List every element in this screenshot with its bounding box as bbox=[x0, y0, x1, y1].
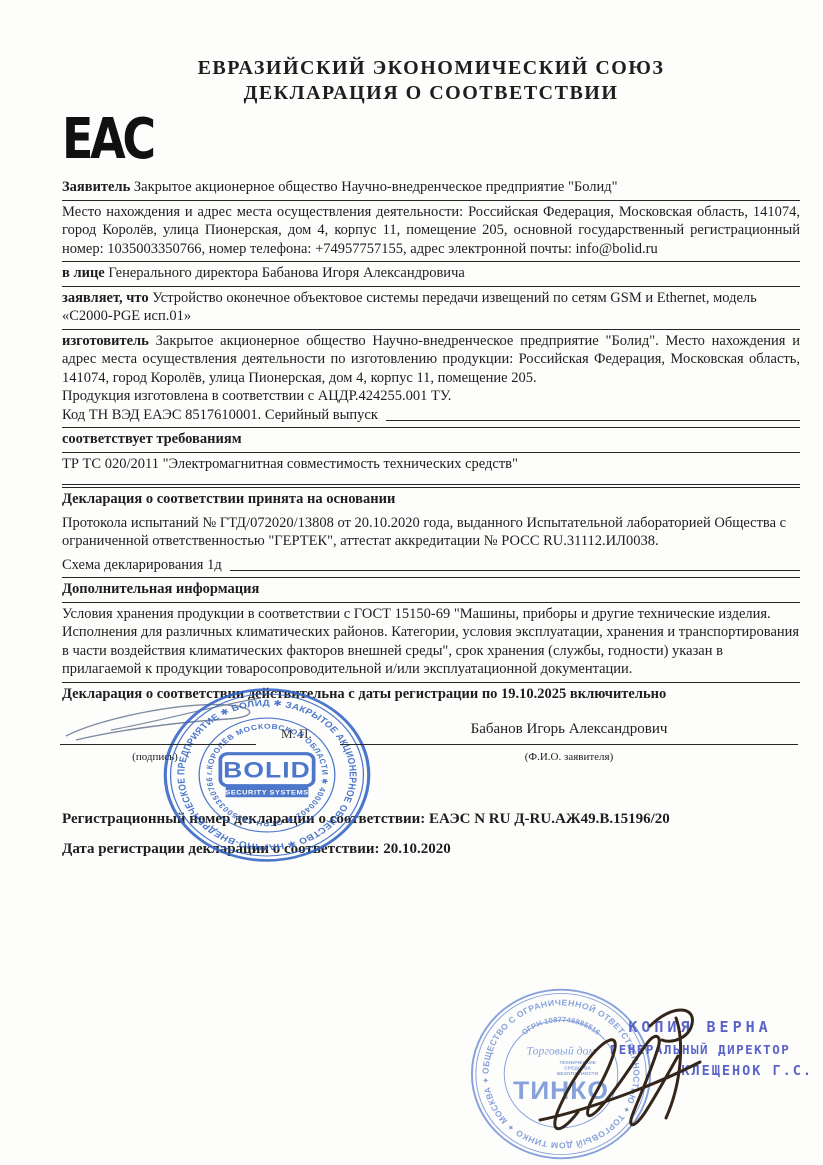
registration-number-label: Регистрационный номер декларации о соотв… bbox=[62, 811, 425, 827]
manufacturer-label: изготовитель bbox=[62, 333, 149, 349]
declares-row: заявляет, что Устройство оконечное объек… bbox=[62, 287, 800, 330]
tinko-logo-text: ТИНКО bbox=[513, 1078, 609, 1105]
complies-heading: соответствует требованиям bbox=[62, 431, 242, 447]
bolid-logo-subtext: SECURITY SYSTEMS bbox=[225, 790, 308, 796]
basis-heading-row: Декларация о соответствии принята на осн… bbox=[62, 488, 800, 512]
address-row: Место нахождения и адрес места осуществл… bbox=[62, 201, 800, 263]
applicant-row: Заявитель Закрытое акционерное общество … bbox=[62, 176, 800, 201]
applicant-text: Закрытое акционерное общество Научно-вне… bbox=[134, 179, 618, 195]
eac-mark-icon: ЕАС bbox=[62, 112, 153, 168]
stamp-place-mark: М. П. bbox=[281, 725, 312, 744]
made-according-text: Продукция изготовлена в соответствии с А… bbox=[62, 387, 800, 406]
registration-date-value: 20.10.2020 bbox=[383, 841, 451, 857]
scheme-row: Схема декларирования 1д bbox=[62, 554, 800, 579]
copy-stamp-line1: КОПИЯ ВЕРНА bbox=[575, 1018, 823, 1037]
declaration-document: ЕВРАЗИЙСКИЙ ЭКОНОМИЧЕСКИЙ СОЮЗ ДЕКЛАРАЦИ… bbox=[0, 0, 823, 1165]
basis-text: Протокола испытаний № ГТД/072020/13808 о… bbox=[62, 515, 786, 550]
complies-text-row: ТР ТС 020/2011 "Электромагнитная совмест… bbox=[62, 453, 800, 489]
applicant-name: Бабанов Игорь Александрович bbox=[340, 720, 798, 739]
manufacturer-text: Закрытое акционерное общество Научно-вне… bbox=[62, 333, 800, 386]
additional-text: Условия хранения продукции в соответстви… bbox=[62, 606, 799, 678]
additional-heading: Дополнительная информация bbox=[62, 581, 259, 597]
applicant-label: Заявитель bbox=[62, 179, 130, 195]
complies-heading-row: соответствует требованиям bbox=[62, 428, 800, 453]
copy-stamp-line3: КЛЕЩЕНОК Г.С. bbox=[575, 1062, 823, 1081]
registration-date-label: Дата регистрации декларации о соответств… bbox=[62, 841, 380, 857]
signature-area: ПРЕДПРИЯТИЕ ✱ БОЛИД ✱ ЗАКРЫТОЕ АКЦИОНЕРН… bbox=[62, 708, 800, 800]
tnved-line: Код ТН ВЭД ЕАЭС 8517610001. Серийный вып… bbox=[62, 406, 800, 425]
bolid-round-stamp: ПРЕДПРИЯТИЕ ✱ БОЛИД ✱ ЗАКРЫТОЕ АКЦИОНЕРН… bbox=[161, 686, 373, 864]
address-text: Место нахождения и адрес места осуществл… bbox=[62, 204, 800, 257]
signature-caption: (подпись) bbox=[90, 748, 220, 767]
scheme-line: Схема декларирования 1д bbox=[62, 556, 800, 575]
scheme-rule bbox=[230, 570, 800, 571]
tnved-text: Код ТН ВЭД ЕАЭС 8517610001. Серийный вып… bbox=[62, 406, 378, 425]
registration-number-line: Регистрационный номер декларации о соотв… bbox=[62, 809, 800, 830]
title-union: ЕВРАЗИЙСКИЙ ЭКОНОМИЧЕСКИЙ СОЮЗ bbox=[62, 56, 800, 81]
validity-row: Декларация о соответствии действительна … bbox=[62, 683, 800, 707]
registration-date-line: Дата регистрации декларации о соответств… bbox=[62, 839, 800, 860]
additional-heading-row: Дополнительная информация bbox=[62, 578, 800, 603]
manufacturer-row: изготовитель Закрытое акционерное общест… bbox=[62, 330, 800, 429]
declares-label: заявляет, что bbox=[62, 290, 149, 306]
copy-stamp-line2: ГЕНЕРАЛЬНЫЙ ДИРЕКТОР bbox=[575, 1041, 823, 1060]
eac-logo: ЕАС bbox=[62, 112, 800, 168]
complies-text: ТР ТС 020/2011 "Электромагнитная совмест… bbox=[62, 456, 518, 472]
person-label: в лице bbox=[62, 265, 105, 281]
additional-text-row: Условия хранения продукции в соответстви… bbox=[62, 603, 800, 683]
name-caption: (Ф.И.О. заявителя) bbox=[340, 748, 798, 767]
signature-line bbox=[60, 744, 256, 745]
name-line bbox=[340, 744, 798, 745]
title-declaration: ДЕКЛАРАЦИЯ О СООТВЕТСТВИИ bbox=[62, 81, 800, 106]
basis-text-row: Протокола испытаний № ГТД/072020/13808 о… bbox=[62, 512, 800, 554]
person-text: Генерального директора Бабанова Игоря Ал… bbox=[108, 265, 464, 281]
copy-certification-stamp: КОПИЯ ВЕРНА ГЕНЕРАЛЬНЫЙ ДИРЕКТОР КЛЕЩЕНО… bbox=[575, 1018, 823, 1081]
document-title: ЕВРАЗИЙСКИЙ ЭКОНОМИЧЕСКИЙ СОЮЗ ДЕКЛАРАЦИ… bbox=[62, 56, 800, 106]
basis-heading: Декларация о соответствии принята на осн… bbox=[62, 491, 395, 507]
person-row: в лице Генерального директора Бабанова И… bbox=[62, 262, 800, 287]
scheme-text: Схема декларирования 1д bbox=[62, 556, 222, 575]
bolid-logo-text: BOLID bbox=[223, 759, 311, 784]
declares-text: Устройство оконечное объектовое системы … bbox=[62, 290, 757, 325]
tnved-rule bbox=[386, 420, 800, 421]
validity-text: Декларация о соответствии действительна … bbox=[62, 686, 666, 702]
registration-number-value: ЕАЭС N RU Д-RU.АЖ49.В.15196/20 bbox=[429, 811, 670, 827]
manufacturer-paragraph: изготовитель Закрытое акционерное общест… bbox=[62, 332, 800, 388]
